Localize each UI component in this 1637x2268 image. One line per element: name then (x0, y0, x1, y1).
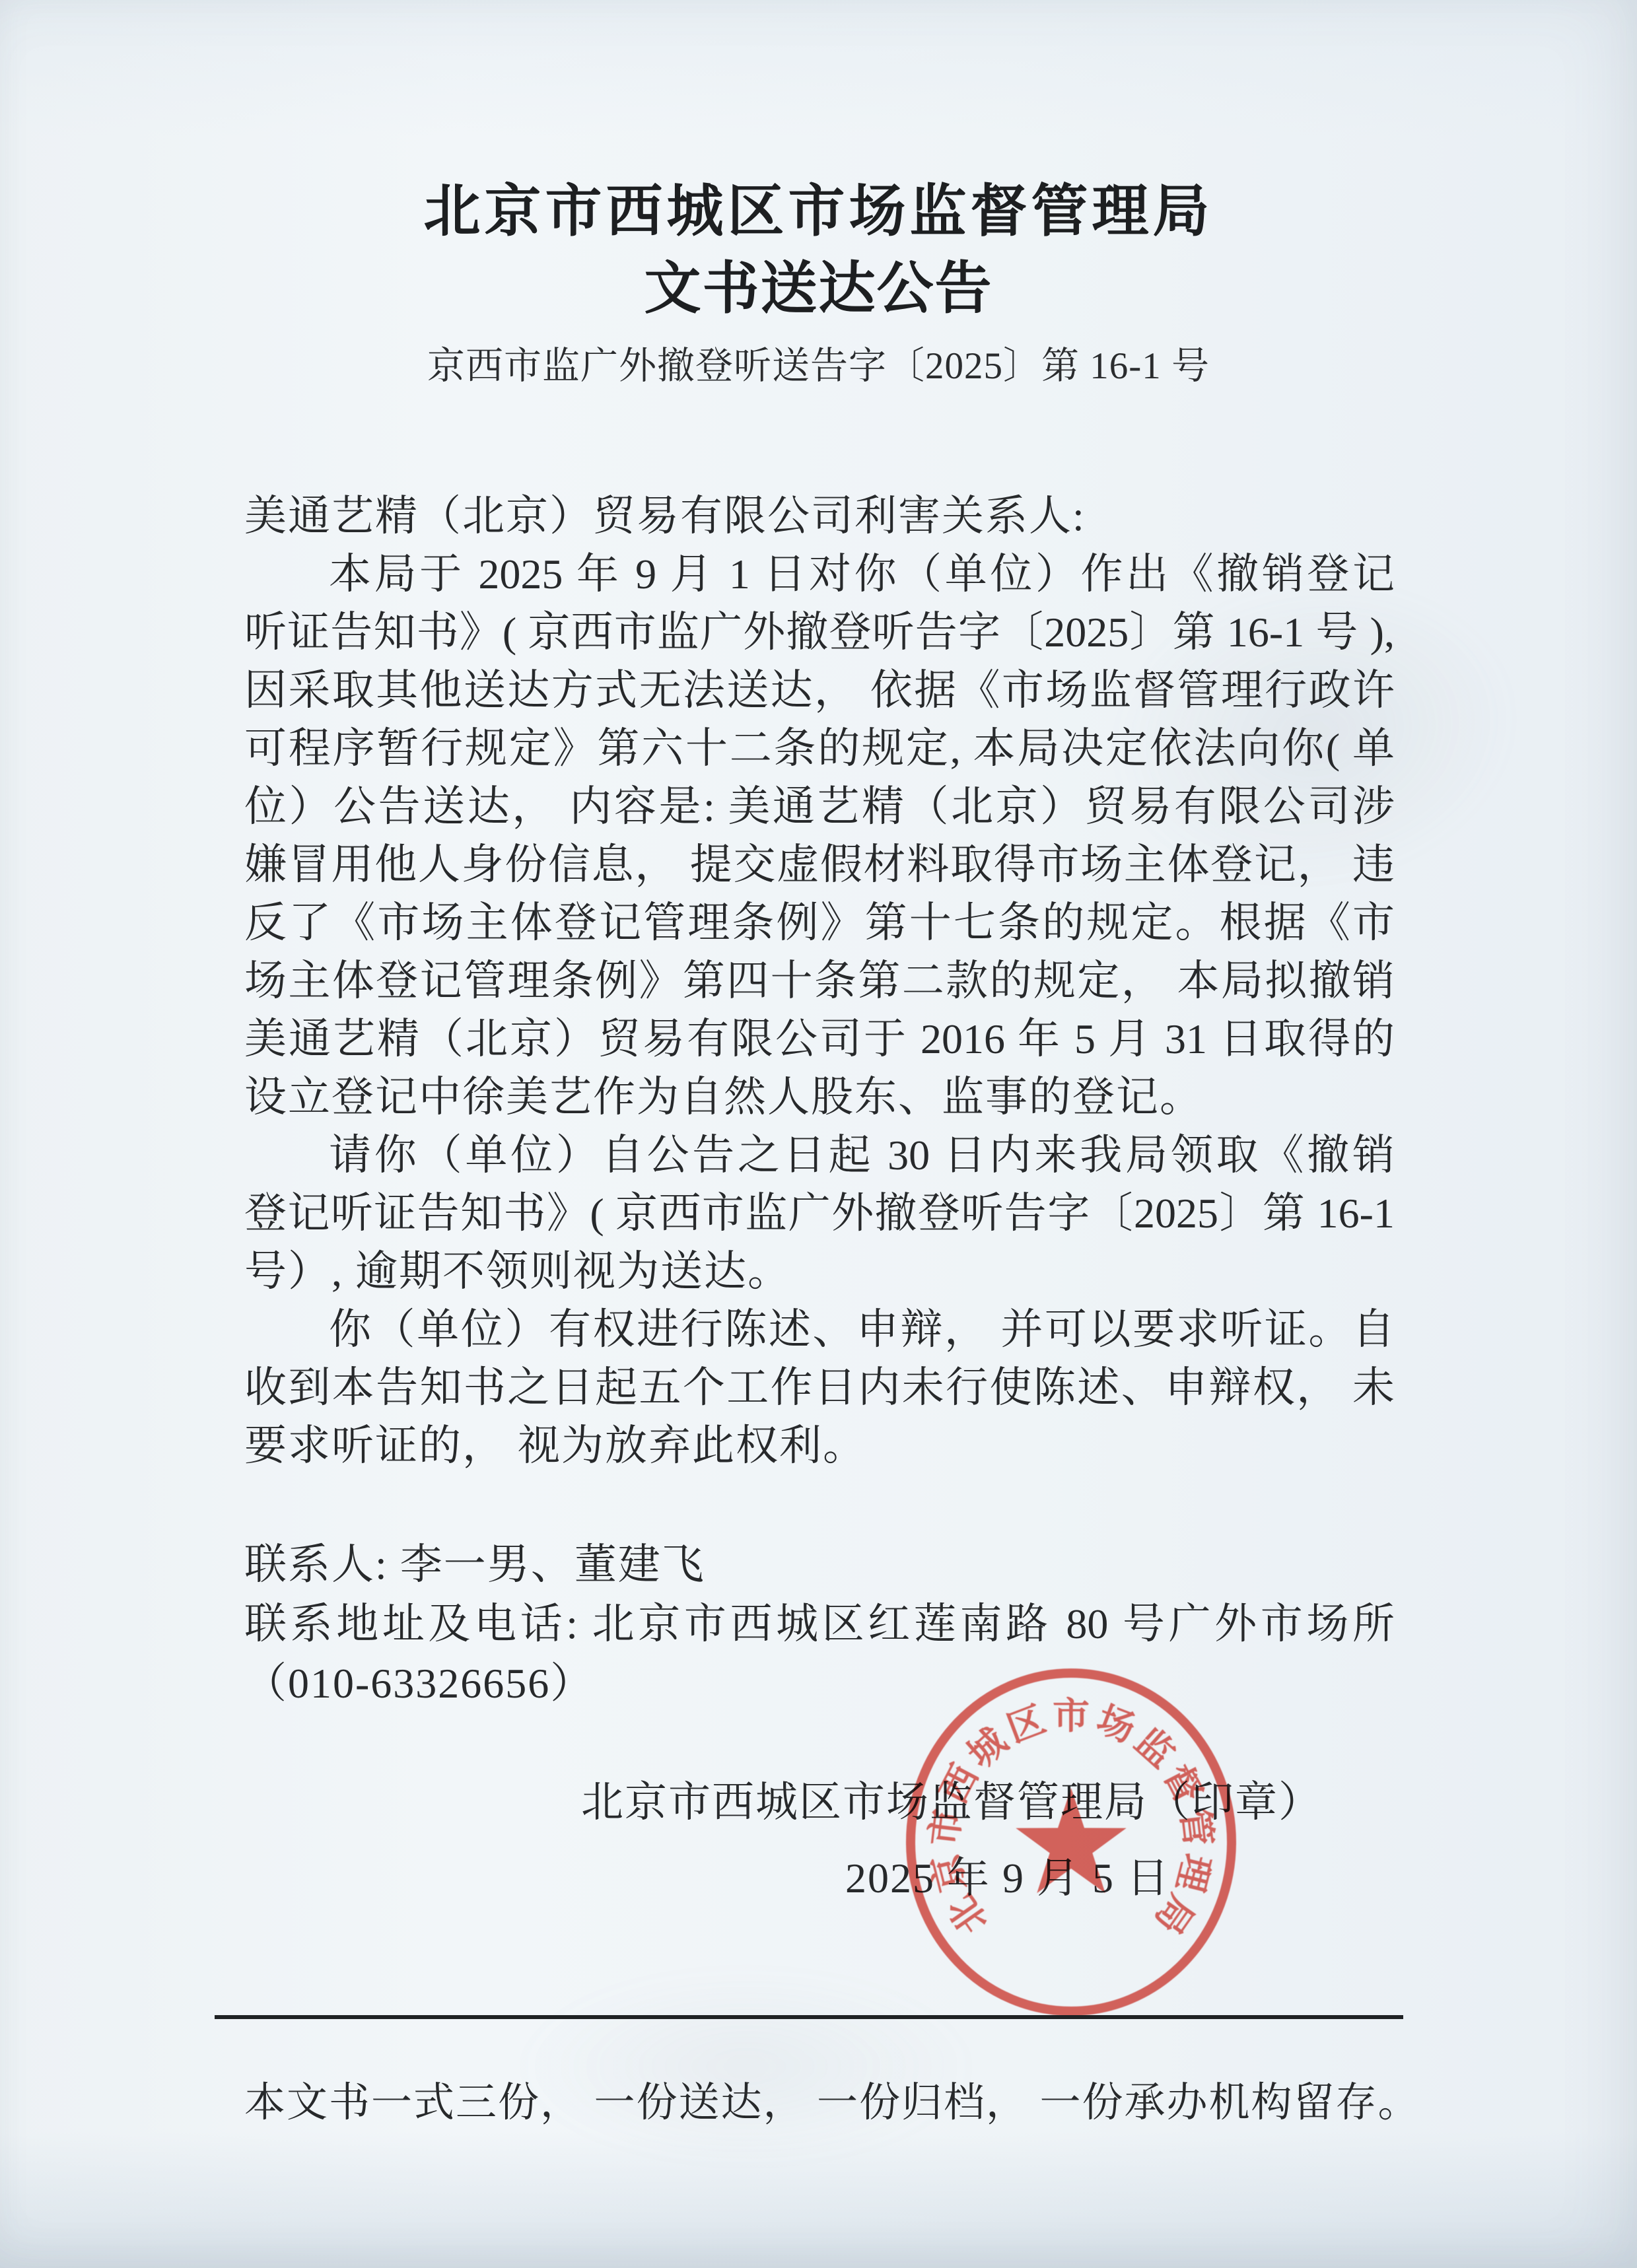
body-line: 请你（单位）自公告之日起 30 日内来我局领取《撤销 (244, 1124, 1395, 1187)
body-line: 可程序暂行规定》第六十二条的规定, 本局决定依法向你( 单 (244, 717, 1395, 780)
document-number: 京西市监广外撤登听送告字〔2025〕第 16-1 号 (0, 340, 1637, 393)
footer-divider (215, 2015, 1403, 2019)
document-title-line2: 文书送达公告 (0, 252, 1637, 325)
svg-text:理: 理 (1168, 1850, 1217, 1896)
contact-person-line: 联系人: 李一男、董建飞 (244, 1533, 705, 1597)
svg-text:区: 区 (1002, 1699, 1051, 1750)
body-line: 听证告知书》( 京西市监广外撤登听告字〔2025〕第 16-1 号 ), (244, 601, 1395, 664)
svg-text:管: 管 (1173, 1807, 1218, 1849)
document-page: 北京市西城区市场监督管理局 文书送达公告 京西市监广外撤登听送告字〔2025〕第… (0, 0, 1637, 2268)
official-seal: 北京市西城区市场监督管理局 (905, 1668, 1237, 2016)
svg-text:督: 督 (1156, 1758, 1209, 1810)
svg-text:市: 市 (924, 1807, 969, 1849)
star-icon (1016, 1788, 1126, 1893)
body-line: 位）公告送达， 内容是: 美通艺精（北京）贸易有限公司涉 (244, 775, 1395, 839)
svg-text:北: 北 (941, 1887, 996, 1941)
body-line: 设立登记中徐美艺作为自然人股东、监事的登记。 (244, 1066, 1395, 1129)
body-line: 登记听证告知书》( 京西市监广外撤登听告字〔2025〕第 16-1 (244, 1182, 1395, 1245)
body-line: 号）, 逾期不领则视为送达。 (244, 1240, 1395, 1303)
document-title-line1: 北京市西城区市场监督管理局 (0, 175, 1637, 248)
body-line: 本局于 2025 年 9 月 1 日对你（单位）作出《撤销登记 (244, 543, 1395, 606)
body-line: 场主体登记管理条例》第四十条第二款的规定， 本局拟撤销 (244, 949, 1395, 1013)
svg-text:京: 京 (925, 1850, 974, 1896)
body-line: 你（单位）有权进行陈述、申辩， 并可以要求听证。自 (244, 1298, 1395, 1361)
body-line: 反了《市场主体登记管理条例》第十七条的规定。根据《市 (244, 891, 1395, 955)
footer-note: 本文书一式三份， 一份送达， 一份归档， 一份承办机构留存。 (244, 2071, 1407, 2135)
body-line: 收到本告知书之日起五个工作日内未行使陈述、申辩权， 未 (244, 1356, 1395, 1420)
svg-text:城: 城 (960, 1721, 1015, 1776)
body-line: 因采取其他送达方式无法送达， 依据《市场监督管理行政许 (244, 659, 1395, 722)
body-line: 要求听证的， 视为放弃此权利。 (244, 1414, 1395, 1478)
salutation-line: 美通艺精（北京）贸易有限公司利害关系人: (244, 485, 1395, 548)
svg-text:场: 场 (1091, 1699, 1140, 1750)
svg-text:市: 市 (1053, 1696, 1090, 1737)
body-line: 嫌冒用他人身份信息， 提交虚假材料取得市场主体登记， 违 (244, 833, 1395, 897)
svg-text:局: 局 (1146, 1887, 1201, 1941)
body-line: 美通艺精（北京）贸易有限公司于 2016 年 5 月 31 日取得的 (244, 1008, 1395, 1071)
contact-address-line: 联系地址及电话: 北京市西城区红莲南路 80 号广外市场所 (244, 1593, 1395, 1656)
contact-phone-line: （010-63326656） (244, 1652, 594, 1715)
